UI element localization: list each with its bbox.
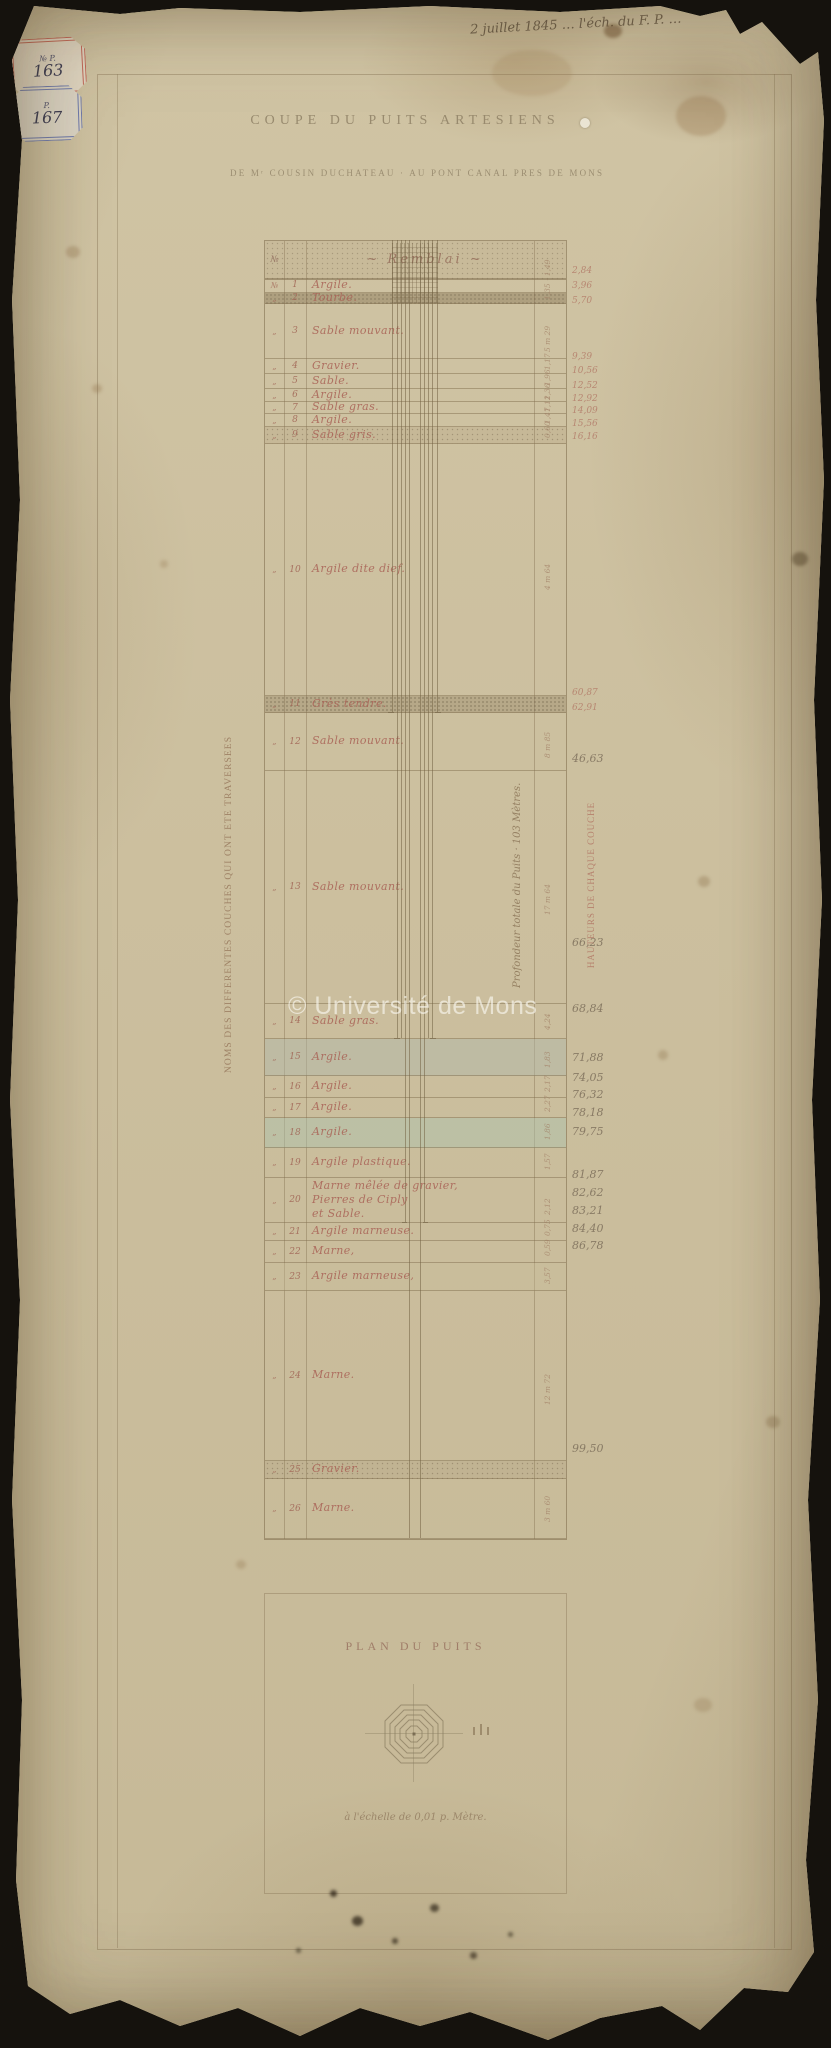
layer-ditto-mark: „ xyxy=(265,1247,284,1256)
height-figure: 4,24 xyxy=(543,1013,552,1030)
depth-figure: 82,62 xyxy=(572,1186,604,1199)
height-figure: 4 m 64 xyxy=(543,564,552,590)
height-figure: 2,17 xyxy=(543,1075,552,1092)
paper: № P. 163 P. 167 2 juillet 1845 … l'éch. … xyxy=(0,0,831,2048)
layer-number: 12 xyxy=(284,737,306,747)
well-plan-octagon xyxy=(382,1702,446,1766)
layer-name: Marne. xyxy=(306,1501,355,1515)
depth-figure: 10,56 xyxy=(572,366,598,376)
stamp-number: 163 xyxy=(33,62,64,80)
layer-number: 13 xyxy=(284,882,306,892)
layer-row: „16Argile. xyxy=(265,1076,566,1098)
depth-figure: 66,23 xyxy=(572,936,604,949)
layer-row: „25Gravier. xyxy=(265,1461,566,1479)
layer-number: 6 xyxy=(284,390,306,400)
height-figure: 3,57 xyxy=(543,1267,552,1284)
layer-ditto-mark: „ xyxy=(265,1504,284,1513)
layer-number: 10 xyxy=(284,565,306,575)
layer-ditto-mark: „ xyxy=(265,294,284,303)
layer-ditto-mark: „ xyxy=(265,403,284,412)
depth-figure: 2,84 xyxy=(572,266,592,276)
layer-number: 7 xyxy=(284,403,306,413)
well-center-mark xyxy=(413,1733,416,1736)
layer-ditto-mark: „ xyxy=(265,391,284,400)
layer-number: 2 xyxy=(284,293,306,303)
depth-figure: 46,63 xyxy=(572,752,604,765)
archive-stamp-blue: P. 167 xyxy=(11,85,83,142)
layer-number: 9 xyxy=(284,430,306,440)
height-figure: 2,12 xyxy=(543,1198,552,1215)
paper-hole xyxy=(580,118,590,128)
plan-scale-ticks xyxy=(473,1724,489,1735)
layer-ditto-mark: „ xyxy=(265,1017,284,1026)
depth-figure: 15,56 xyxy=(572,419,598,429)
layer-name: Marne mêlée de gravier, Pierres de Ciply… xyxy=(306,1179,458,1222)
layer-ditto-mark: „ xyxy=(265,1465,284,1474)
depth-figure: 62,91 xyxy=(572,703,598,713)
depth-figure: 86,78 xyxy=(572,1239,604,1252)
layer-number: 5 xyxy=(284,376,306,386)
layer-name: Sable mouvant. xyxy=(306,880,404,894)
layer-number: 20 xyxy=(284,1195,306,1205)
stain xyxy=(676,96,726,136)
layer-ditto-mark: „ xyxy=(265,1103,284,1112)
depth-figure: 9,39 xyxy=(572,352,592,362)
layer-name: Argile dite dief. xyxy=(306,562,405,576)
layer-row: „15Argile. xyxy=(265,1039,566,1076)
depth-figure: 5,70 xyxy=(572,296,592,306)
layer-row: „4Gravier. xyxy=(265,359,566,374)
layer-ditto-mark: „ xyxy=(265,883,284,892)
layer-name: Argile. xyxy=(306,1079,352,1093)
caption-layer-names: NOMS DES DIFFERENTES COUCHES QUI ONT ETE… xyxy=(224,717,234,1092)
layer-number: 25 xyxy=(284,1465,306,1475)
handwritten-date-note: 2 juillet 1845 … l'éch. du F. P. … xyxy=(470,5,800,37)
foxing-spot xyxy=(766,1416,780,1428)
layer-name: Argile marneuse. xyxy=(306,1224,414,1238)
height-figure: 5 m 29 xyxy=(543,326,552,352)
stain xyxy=(604,24,622,38)
layer-number: 3 xyxy=(284,326,306,336)
layer-row: „2Tourbe. xyxy=(265,293,566,304)
depth-figure: 12,52 xyxy=(572,381,598,391)
layer-number: 24 xyxy=(284,1371,306,1381)
ink-dot xyxy=(430,1904,439,1912)
layer-name: Gravier. xyxy=(306,1462,360,1476)
layer-ditto-mark: „ xyxy=(265,1158,284,1167)
height-figure: 1,86 xyxy=(543,1123,552,1140)
layer-ditto-mark: „ xyxy=(265,1128,284,1137)
height-figure: 1,57 xyxy=(543,1153,552,1170)
layer-name: Marne. xyxy=(306,1368,355,1382)
depth-figure: 78,18 xyxy=(572,1106,604,1119)
depth-figure: 84,40 xyxy=(572,1222,604,1235)
layer-ditto-mark: № xyxy=(265,281,284,290)
layer-number: 23 xyxy=(284,1272,306,1282)
depth-figure: 99,50 xyxy=(572,1442,604,1455)
layer-name: Grès tendre. xyxy=(306,697,387,711)
height-figure: 0,75 xyxy=(543,1219,552,1236)
foxing-spot xyxy=(92,384,102,393)
layer-name: Gravier. xyxy=(306,359,360,373)
layer-number: 4 xyxy=(284,361,306,371)
layer-name: Argile. xyxy=(306,413,352,427)
plan-du-puits-box: PLAN DU PUITS à l'échelle de 0,01 p. Mèt… xyxy=(264,1593,567,1894)
watermark: © Université de Mons xyxy=(288,992,537,1021)
layer-row: „3Sable mouvant. xyxy=(265,304,566,359)
ink-dot xyxy=(392,1938,398,1944)
layer-name: Argile marneuse, xyxy=(306,1269,414,1283)
layer-ditto-mark: „ xyxy=(265,1272,284,1281)
depth-figure: 79,75 xyxy=(572,1125,604,1138)
layer-row: „17Argile. xyxy=(265,1098,566,1118)
depth-figure: 12,92 xyxy=(572,394,598,404)
layer-row: „19Argile plastique. xyxy=(265,1148,566,1178)
foxing-spot xyxy=(160,560,168,568)
height-figure: 1,83 xyxy=(543,1051,552,1068)
layer-row: „10Argile dite dief. xyxy=(265,444,566,696)
layer-number: 26 xyxy=(284,1504,306,1514)
sheet-title: COUPE DU PUITS ARTESIENS xyxy=(240,113,570,129)
height-figure: 0,60 xyxy=(543,421,552,438)
layer-row: „9Sable gris. xyxy=(265,427,566,444)
layer-number: 21 xyxy=(284,1227,306,1237)
layer-name: Sable mouvant. xyxy=(306,324,404,338)
plan-title: PLAN DU PUITS xyxy=(265,1639,566,1654)
sheet-frame-inner-right xyxy=(774,74,775,1948)
layer-number: 22 xyxy=(284,1247,306,1257)
layer-name: Argile. xyxy=(306,1050,352,1064)
ink-dot xyxy=(352,1916,363,1926)
layer-name: Argile plastique. xyxy=(306,1155,411,1169)
layer-name: Sable gris. xyxy=(306,428,376,442)
table-header-row: № ~ Remblai ~ xyxy=(265,241,566,280)
layer-ditto-mark: „ xyxy=(265,377,284,386)
layer-row: „13Sable mouvant. xyxy=(265,771,566,1004)
stamp-number: 167 xyxy=(32,109,63,126)
layer-row: „5Sable. xyxy=(265,374,566,389)
height-figure: 12 m 72 xyxy=(543,1374,552,1405)
layer-number: 8 xyxy=(284,415,306,425)
layer-row: „20Marne mêlée de gravier, Pierres de Ci… xyxy=(265,1178,566,1223)
layer-row: „18Argile. xyxy=(265,1118,566,1148)
layer-ditto-mark: „ xyxy=(265,431,284,440)
layer-row: „26Marne. xyxy=(265,1479,566,1539)
layer-number: 15 xyxy=(284,1052,306,1062)
depth-figure: 3,96 xyxy=(572,281,592,291)
ink-dot xyxy=(470,1952,477,1959)
layer-number: 11 xyxy=(284,699,306,709)
depth-figure: 16,16 xyxy=(572,432,598,442)
height-figure: 1,17 xyxy=(543,353,552,370)
ink-dot xyxy=(508,1932,513,1937)
scanned-sheet: № P. 163 P. 167 2 juillet 1845 … l'éch. … xyxy=(0,0,831,2048)
depth-figure: 14,09 xyxy=(572,406,598,416)
layer-number: 16 xyxy=(284,1082,306,1092)
header-remblai-label: ~ Remblai ~ xyxy=(284,252,566,267)
layer-ditto-mark: „ xyxy=(265,565,284,574)
depth-figure: 76,32 xyxy=(572,1088,604,1101)
layer-ditto-mark: „ xyxy=(265,700,284,709)
layer-number: 17 xyxy=(284,1103,306,1113)
foxing-spot xyxy=(236,1560,246,1569)
layer-row: „12Sable mouvant. xyxy=(265,713,566,771)
layer-row: „23Argile marneuse, xyxy=(265,1263,566,1291)
height-figure: 1,35 · 1,49 xyxy=(543,259,552,300)
layer-ditto-mark: „ xyxy=(265,1196,284,1205)
layer-ditto-mark: „ xyxy=(265,1371,284,1380)
layer-name: Sable. xyxy=(306,374,349,388)
ink-dot xyxy=(330,1890,337,1897)
layer-ditto-mark: „ xyxy=(265,362,284,371)
height-figure: 3 m 60 xyxy=(543,1496,552,1522)
layer-row: „22Marne, xyxy=(265,1241,566,1263)
layer-row: „11Grès tendre. xyxy=(265,696,566,713)
layer-name: Argile. xyxy=(306,1125,352,1139)
sheet-frame-inner-left xyxy=(117,74,118,1948)
layer-name: Marne, xyxy=(306,1244,355,1258)
layer-ditto-mark: „ xyxy=(265,1053,284,1062)
layer-ditto-mark: „ xyxy=(265,327,284,336)
layer-name: Sable mouvant. xyxy=(306,734,404,748)
layer-number: 1 xyxy=(284,280,306,290)
stain xyxy=(694,1698,712,1712)
depth-figure: 83,21 xyxy=(572,1204,604,1217)
layer-name: Tourbe. xyxy=(306,291,357,305)
sheet-subtitle: DE Mʳ COUSIN DUCHATEAU · AU PONT CANAL P… xyxy=(230,168,590,178)
height-figure: 17 m 64 xyxy=(543,884,552,915)
ink-dot xyxy=(296,1948,301,1953)
depth-figure: 60,87 xyxy=(572,688,598,698)
layer-name: Argile. xyxy=(306,1100,352,1114)
height-figure: 2,27 xyxy=(543,1095,552,1112)
layer-number: 18 xyxy=(284,1128,306,1138)
stain xyxy=(492,50,572,96)
layer-ditto-mark: „ xyxy=(265,1082,284,1091)
layer-row: „8Argile. xyxy=(265,414,566,427)
depth-figure: 81,87 xyxy=(572,1168,604,1181)
foxing-spot xyxy=(658,1050,668,1060)
header-no: № xyxy=(265,255,284,265)
cross-section-table: № ~ Remblai ~ №1Argile.„2Tourbe.„3Sable … xyxy=(264,240,567,1540)
foxing-spot xyxy=(698,876,710,887)
layer-row: „24Marne. xyxy=(265,1291,566,1461)
layer-row: „21Argile marneuse. xyxy=(265,1223,566,1241)
depth-figure: 68,84 xyxy=(572,1002,604,1015)
plan-scale-note: à l'échelle de 0,01 p. Mètre. xyxy=(265,1812,566,1823)
layer-ditto-mark: „ xyxy=(265,737,284,746)
depth-figure: 74,05 xyxy=(572,1071,604,1084)
height-figure: 8 m 85 xyxy=(543,732,552,758)
layer-ditto-mark: „ xyxy=(265,416,284,425)
layer-ditto-mark: „ xyxy=(265,1227,284,1236)
foxing-spot xyxy=(66,246,80,258)
height-figure: 0,59 xyxy=(543,1239,552,1256)
stain xyxy=(792,552,808,566)
layer-number: 19 xyxy=(284,1158,306,1168)
depth-figure: 71,88 xyxy=(572,1051,604,1064)
